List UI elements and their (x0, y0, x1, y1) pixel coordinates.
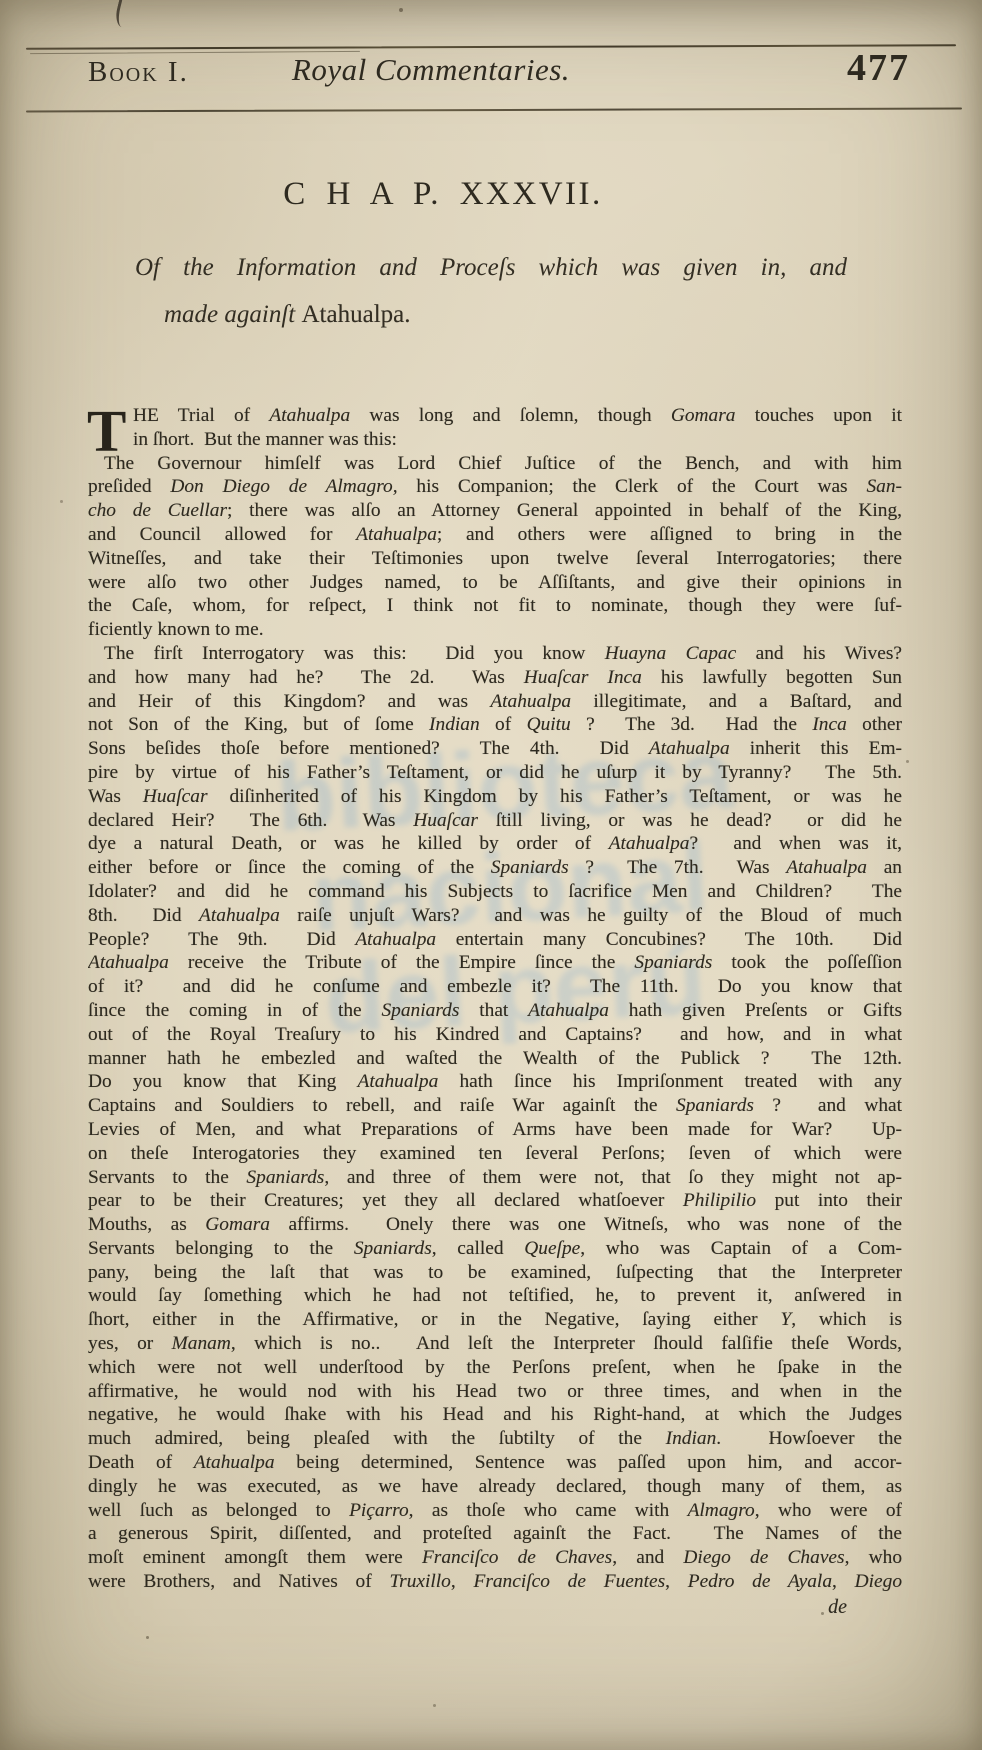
running-head-title: Royal Commentaries. (0, 52, 862, 88)
text-segment: took the poſſeſſion (712, 952, 902, 973)
text-segment: was long and ſolemn, though (350, 405, 671, 426)
text-segment: Diego de Chaves (683, 1547, 844, 1568)
text-segment: touches upon it (735, 405, 902, 426)
text-segment: Do you know that King (88, 1071, 358, 1092)
body-line: Was Huaſcar diſinherited of his Kingdom … (88, 785, 902, 809)
body-line: Atahualpa receive the Tribute of the Emp… (88, 951, 902, 975)
text-segment: Atahualpa (269, 405, 350, 426)
text-segment: of it? and did he conſume and embezle it… (88, 976, 902, 997)
text-segment: ſince the coming in of the (88, 1000, 381, 1021)
text-segment: Truxillo (389, 1571, 450, 1592)
text-segment: which were not well underſtood by the Pe… (88, 1357, 902, 1378)
body-line: not Son of the King, but of ſome Indian … (88, 713, 902, 737)
body-line: affirmative, he would nod with his Head … (88, 1380, 902, 1404)
text-segment: 8th. Did (88, 905, 199, 926)
text-segment: Servants to the (88, 1167, 246, 1188)
text-segment: ſtill living, or was he dead? or did he (478, 810, 902, 831)
text-segment: , and three of them were not, that ſo th… (324, 1167, 902, 1188)
body-line: negative, he would ſhake with his Head a… (88, 1403, 902, 1427)
text-segment: on theſe Interogatories they examined te… (88, 1143, 902, 1164)
text-segment: ? and when was it, (689, 833, 902, 854)
body-line: ficiently known to me. (88, 618, 902, 642)
body-line: pear to be their Creatures; yet they all… (88, 1189, 902, 1213)
body-line: declared Heir? The 6th. Was Huaſcar ſtil… (88, 809, 902, 833)
body-line: the Caſe, whom, for reſpect, I think not… (88, 594, 902, 618)
text-segment: , which is (791, 1309, 902, 1330)
paper-speck (399, 8, 403, 12)
text-segment: an (867, 857, 902, 878)
text-segment: and Council allowed for (88, 524, 356, 545)
text-segment: pire by virtue of his Father’s Teſtament… (88, 762, 902, 783)
text-segment: HE Trial of (133, 405, 269, 426)
text-segment: Franciſco de Fuentes (473, 1571, 665, 1592)
text-segment: other (847, 714, 902, 735)
paper-speck (60, 500, 63, 503)
body-line: Mouths, as Gomara affirms. Onely there w… (88, 1213, 902, 1237)
text-segment: Gomara (671, 405, 736, 426)
body-line: manner hath he embezled and waſted the W… (88, 1047, 902, 1071)
body-line: Captains and Souldiers to rebell, and ra… (88, 1094, 902, 1118)
body-line: of it? and did he conſume and embezle it… (88, 975, 902, 999)
body-line: would ſay ſomething which he had not teſ… (88, 1284, 902, 1308)
body-line: Death of Atahualpa being determined, Sen… (88, 1451, 902, 1475)
scanned-book-page: bibliotecanacionaldel perú Book I. Royal… (0, 0, 982, 1750)
text-segment: pear to be their Creatures; yet they all… (88, 1190, 683, 1211)
text-segment: in ſhort. But the manner was this: (133, 429, 397, 450)
text-segment: Inca (812, 714, 846, 735)
body-line: cho de Cuellar; there was alſo an Attorn… (88, 499, 902, 523)
body-line: Sons beſides thoſe before mentioned? The… (88, 737, 902, 761)
text-segment: , called (432, 1238, 525, 1259)
text-segment: raiſe unjuſt Wars? and was he guilty of … (280, 905, 902, 926)
chapter-heading: C H A P. XXXVII. (90, 176, 796, 213)
paper-speck (821, 1612, 824, 1615)
text-segment: Of the Information and Proceſs which was… (135, 254, 847, 281)
text-segment: The Governour himſelf was Lord Chief Juſ… (104, 453, 902, 474)
text-segment: declared Heir? The 6th. Was (88, 810, 413, 831)
chapter-subtitle-line2: made againſt Atahualpa. (164, 301, 410, 329)
text-segment: Captains and Souldiers to rebell, and ra… (88, 1095, 676, 1116)
body-line: The firſt Interrogatory was this: Did yo… (88, 642, 902, 666)
text-segment: Servants belonging to the (88, 1238, 354, 1259)
body-line: yes, or Manam, which is no.. And leſt th… (88, 1332, 902, 1356)
text-segment: , who was Captain of a Com- (580, 1238, 902, 1259)
body-line: were Brothers, and Natives of Truxillo, … (88, 1570, 902, 1594)
text-segment: The firſt Interrogatory was this: Did yo… (104, 643, 605, 664)
text-segment: Pedro de Ayala (688, 1571, 832, 1592)
text-segment: were alſo two other Judges named, to be … (88, 572, 902, 593)
text-segment: Huayna Capac (605, 643, 736, 664)
text-segment: entertain many Concubines? The 10th. Did (436, 929, 902, 950)
body-line: 8th. Did Atahualpa raiſe unjuſt Wars? an… (88, 904, 902, 928)
text-segment: ; there was alſo an Attorney General app… (227, 500, 902, 521)
text-segment: San- (866, 476, 902, 497)
text-segment: dye a natural Death, or was he killed by… (88, 833, 609, 854)
body-line: preſided Don Diego de Almagro, his Compa… (88, 475, 902, 499)
chapter-subtitle-line1: Of the Information and Proceſs which was… (135, 254, 847, 282)
text-segment: Atahualpa (199, 905, 280, 926)
text-segment: affirmative, he would nod with his Head … (88, 1381, 902, 1402)
text-segment: Queſpe (524, 1238, 580, 1259)
body-line: pany, being the laſt that was to be exam… (88, 1261, 902, 1285)
text-segment: Almagro (688, 1500, 755, 1521)
text-segment: his lawfully begotten Sun (642, 667, 902, 688)
text-segment: Atahualpa (649, 738, 730, 759)
body-line: dye a natural Death, or was he killed by… (88, 832, 902, 856)
paper-speck (433, 1704, 436, 1707)
body-line: ſince the coming in of the Spaniards tha… (88, 999, 902, 1023)
body-line: pire by virtue of his Father’s Teſtament… (88, 761, 902, 785)
text-segment: Quitu (527, 714, 571, 735)
text-segment: Manam (172, 1333, 231, 1354)
text-segment: Was (88, 786, 143, 807)
text-segment: Witneſſes, and take their Teſtimonies up… (88, 548, 902, 569)
header-rule-bottom (26, 108, 962, 113)
body-line: out of the Royal Treaſury to his Kindred… (88, 1023, 902, 1047)
text-segment: , (665, 1571, 688, 1592)
text-segment: Gomara (205, 1214, 270, 1235)
body-line: People? The 9th. Did Atahualpa entertain… (88, 928, 902, 952)
text-segment: Sons beſides thoſe before mentioned? The… (88, 738, 649, 759)
body-line: either before or ſince the coming of the… (88, 856, 902, 880)
text-segment: Huaſcar (143, 786, 208, 807)
text-segment: the Caſe, whom, for reſpect, I think not… (88, 595, 902, 616)
paper-speck (906, 760, 909, 763)
text-segment: Atahualpa (88, 952, 169, 973)
text-segment: Idolater? and did he command his Subject… (88, 881, 902, 902)
body-line: on theſe Interogatories they examined te… (88, 1142, 902, 1166)
text-segment: manner hath he embezled and waſted the W… (88, 1048, 902, 1069)
text-segment: , who (845, 1547, 902, 1568)
body-line: and Heir of this Kingdom? and was Atahua… (88, 690, 902, 714)
body-line: HE Trial of Atahualpa was long and ſolem… (88, 404, 902, 428)
text-segment: Spaniards (354, 1238, 432, 1259)
body-line: The Governour himſelf was Lord Chief Juſ… (88, 452, 902, 476)
text-segment: well ſuch as belonged to (88, 1500, 349, 1521)
body-line: and Council allowed for Atahualpa; and o… (88, 523, 902, 547)
text-segment: Philipilio (683, 1190, 756, 1211)
ink-mark (113, 0, 132, 28)
body-line: well ſuch as belonged to Piçarro, as tho… (88, 1499, 902, 1523)
text-segment: either before or ſince the coming of the (88, 857, 491, 878)
body-line: much admired, being pleaſed with the ſub… (88, 1427, 902, 1451)
body-line: moſt eminent amongſt them were Franciſco… (88, 1546, 902, 1570)
text-segment: yes, or (88, 1333, 172, 1354)
text-segment: Piçarro (349, 1500, 409, 1521)
header-rule-top (26, 44, 956, 50)
text-segment: made againſt (164, 301, 302, 328)
text-segment: . Howſoever the (716, 1428, 902, 1449)
text-segment: and his Wives? (736, 643, 902, 664)
catchword: de (828, 1596, 847, 1619)
text-segment: ? The 3d. Had the (571, 714, 813, 735)
body-line: dingly he was executed, as we have alrea… (88, 1475, 902, 1499)
body-line: Idolater? and did he command his Subject… (88, 880, 902, 904)
body-line: Levies of Men, and what Preparations of … (88, 1118, 902, 1142)
paper-speck (146, 1636, 149, 1639)
text-segment: People? The 9th. Did (88, 929, 355, 950)
text-segment: Atahualpa. (302, 301, 411, 328)
text-segment: Indian (666, 1428, 717, 1449)
text-segment: out of the Royal Treaſury to his Kindred… (88, 1024, 902, 1045)
text-segment: Spaniards (491, 857, 569, 878)
text-segment: , as thoſe who came with (409, 1500, 688, 1521)
text-segment: Atahualpa (528, 1000, 609, 1021)
text-segment: ? The 7th. Was (569, 857, 786, 878)
body-line: and how many had he? The 2d. Was Huaſcar… (88, 666, 902, 690)
text-segment: , who were of (755, 1500, 902, 1521)
text-segment: not Son of the King, but of ſome (88, 714, 429, 735)
body-line: ſhort, either in the Affirmative, or in … (88, 1308, 902, 1332)
page-number: 477 (847, 46, 910, 90)
text-segment: hath given Preſents or Gifts (609, 1000, 902, 1021)
text-segment: ſhort, either in the Affirmative, or in … (88, 1309, 780, 1330)
text-segment: preſided (88, 476, 170, 497)
text-segment: Levies of Men, and what Preparations of … (88, 1119, 902, 1140)
text-segment: put into their (756, 1190, 902, 1211)
body-line: Witneſſes, and take their Teſtimonies up… (88, 547, 902, 571)
text-segment: diſinherited of his Kingdom by his Fathe… (208, 786, 903, 807)
text-segment: inherit this Em- (730, 738, 902, 759)
text-segment: receive the Tribute of the Empire ſince … (169, 952, 635, 973)
text-segment: , and (612, 1547, 683, 1568)
text-segment: , (451, 1571, 474, 1592)
text-segment: Spaniards (634, 952, 712, 973)
body-line: which were not well underſtood by the Pe… (88, 1356, 902, 1380)
text-segment: Huaſcar Inca (524, 667, 642, 688)
text-segment: Spaniards (381, 1000, 459, 1021)
text-segment: Don Diego de Almagro, (170, 476, 397, 497)
text-segment: of (480, 714, 527, 735)
text-segment: Death of (88, 1452, 194, 1473)
text-segment: Atahualpa (609, 833, 690, 854)
text-segment: were Brothers, and Natives of (88, 1571, 389, 1592)
body-line: in ſhort. But the manner was this: (88, 428, 902, 452)
text-segment: negative, he would ſhake with his Head a… (88, 1404, 902, 1425)
text-segment: Atahualpa (194, 1452, 275, 1473)
text-segment: and Heir of this Kingdom? and was (88, 691, 490, 712)
text-segment: Franciſco de Chaves (422, 1547, 612, 1568)
text-segment: Spaniards (246, 1167, 324, 1188)
text-segment: ficiently known to me. (88, 619, 264, 640)
text-segment: and how many had he? The 2d. Was (88, 667, 524, 688)
text-segment: much admired, being pleaſed with the ſub… (88, 1428, 666, 1449)
text-segment: , which is no.. And leſt the Interpreter… (231, 1333, 902, 1354)
body-text: T HE Trial of Atahualpa was long and ſol… (88, 404, 902, 1594)
text-segment: Huaſcar (413, 810, 478, 831)
body-line: Do you know that King Atahualpa hath ſin… (88, 1070, 902, 1094)
text-segment: Spaniards (676, 1095, 754, 1116)
text-segment: that (459, 1000, 528, 1021)
text-segment: would ſay ſomething which he had not teſ… (88, 1285, 902, 1306)
text-segment: Indian (429, 714, 480, 735)
text-segment: Atahualpa (358, 1071, 439, 1092)
text-segment: , (832, 1571, 855, 1592)
text-segment: affirms. Onely there was one Witneſs, wh… (270, 1214, 902, 1235)
text-segment: Mouths, as (88, 1214, 205, 1235)
body-line: Servants to the Spaniards, and three of … (88, 1166, 902, 1190)
body-line: Servants belonging to the Spaniards, cal… (88, 1237, 902, 1261)
text-segment: ; and others were aſſigned to bring in t… (437, 524, 902, 545)
body-line: were alſo two other Judges named, to be … (88, 571, 902, 595)
text-segment: cho de Cuellar (88, 500, 227, 521)
text-segment: Diego (855, 1571, 902, 1592)
text-segment: pany, being the laſt that was to be exam… (88, 1262, 902, 1283)
text-segment: Atahualpa (490, 691, 571, 712)
text-segment: Atahualpa (356, 524, 437, 545)
text-segment: his Companion; the Clerk of the Court wa… (398, 476, 867, 497)
text-segment: moſt eminent amongſt them were (88, 1547, 422, 1568)
text-segment: dingly he was executed, as we have alrea… (88, 1476, 902, 1497)
text-segment: ? and what (754, 1095, 902, 1116)
body-line: a generous Spirit, diſſented, and proteſ… (88, 1522, 902, 1546)
text-segment: illegitimate, and a Baſtard, and (571, 691, 902, 712)
text-segment: Atahualpa (786, 857, 867, 878)
text-segment: Atahualpa (355, 929, 436, 950)
text-segment: Y (780, 1309, 791, 1330)
text-segment: a generous Spirit, diſſented, and proteſ… (88, 1523, 902, 1544)
text-segment: being determined, Sentence was paſſed up… (275, 1452, 902, 1473)
text-segment: hath ſince his Impriſonment treated with… (438, 1071, 902, 1092)
